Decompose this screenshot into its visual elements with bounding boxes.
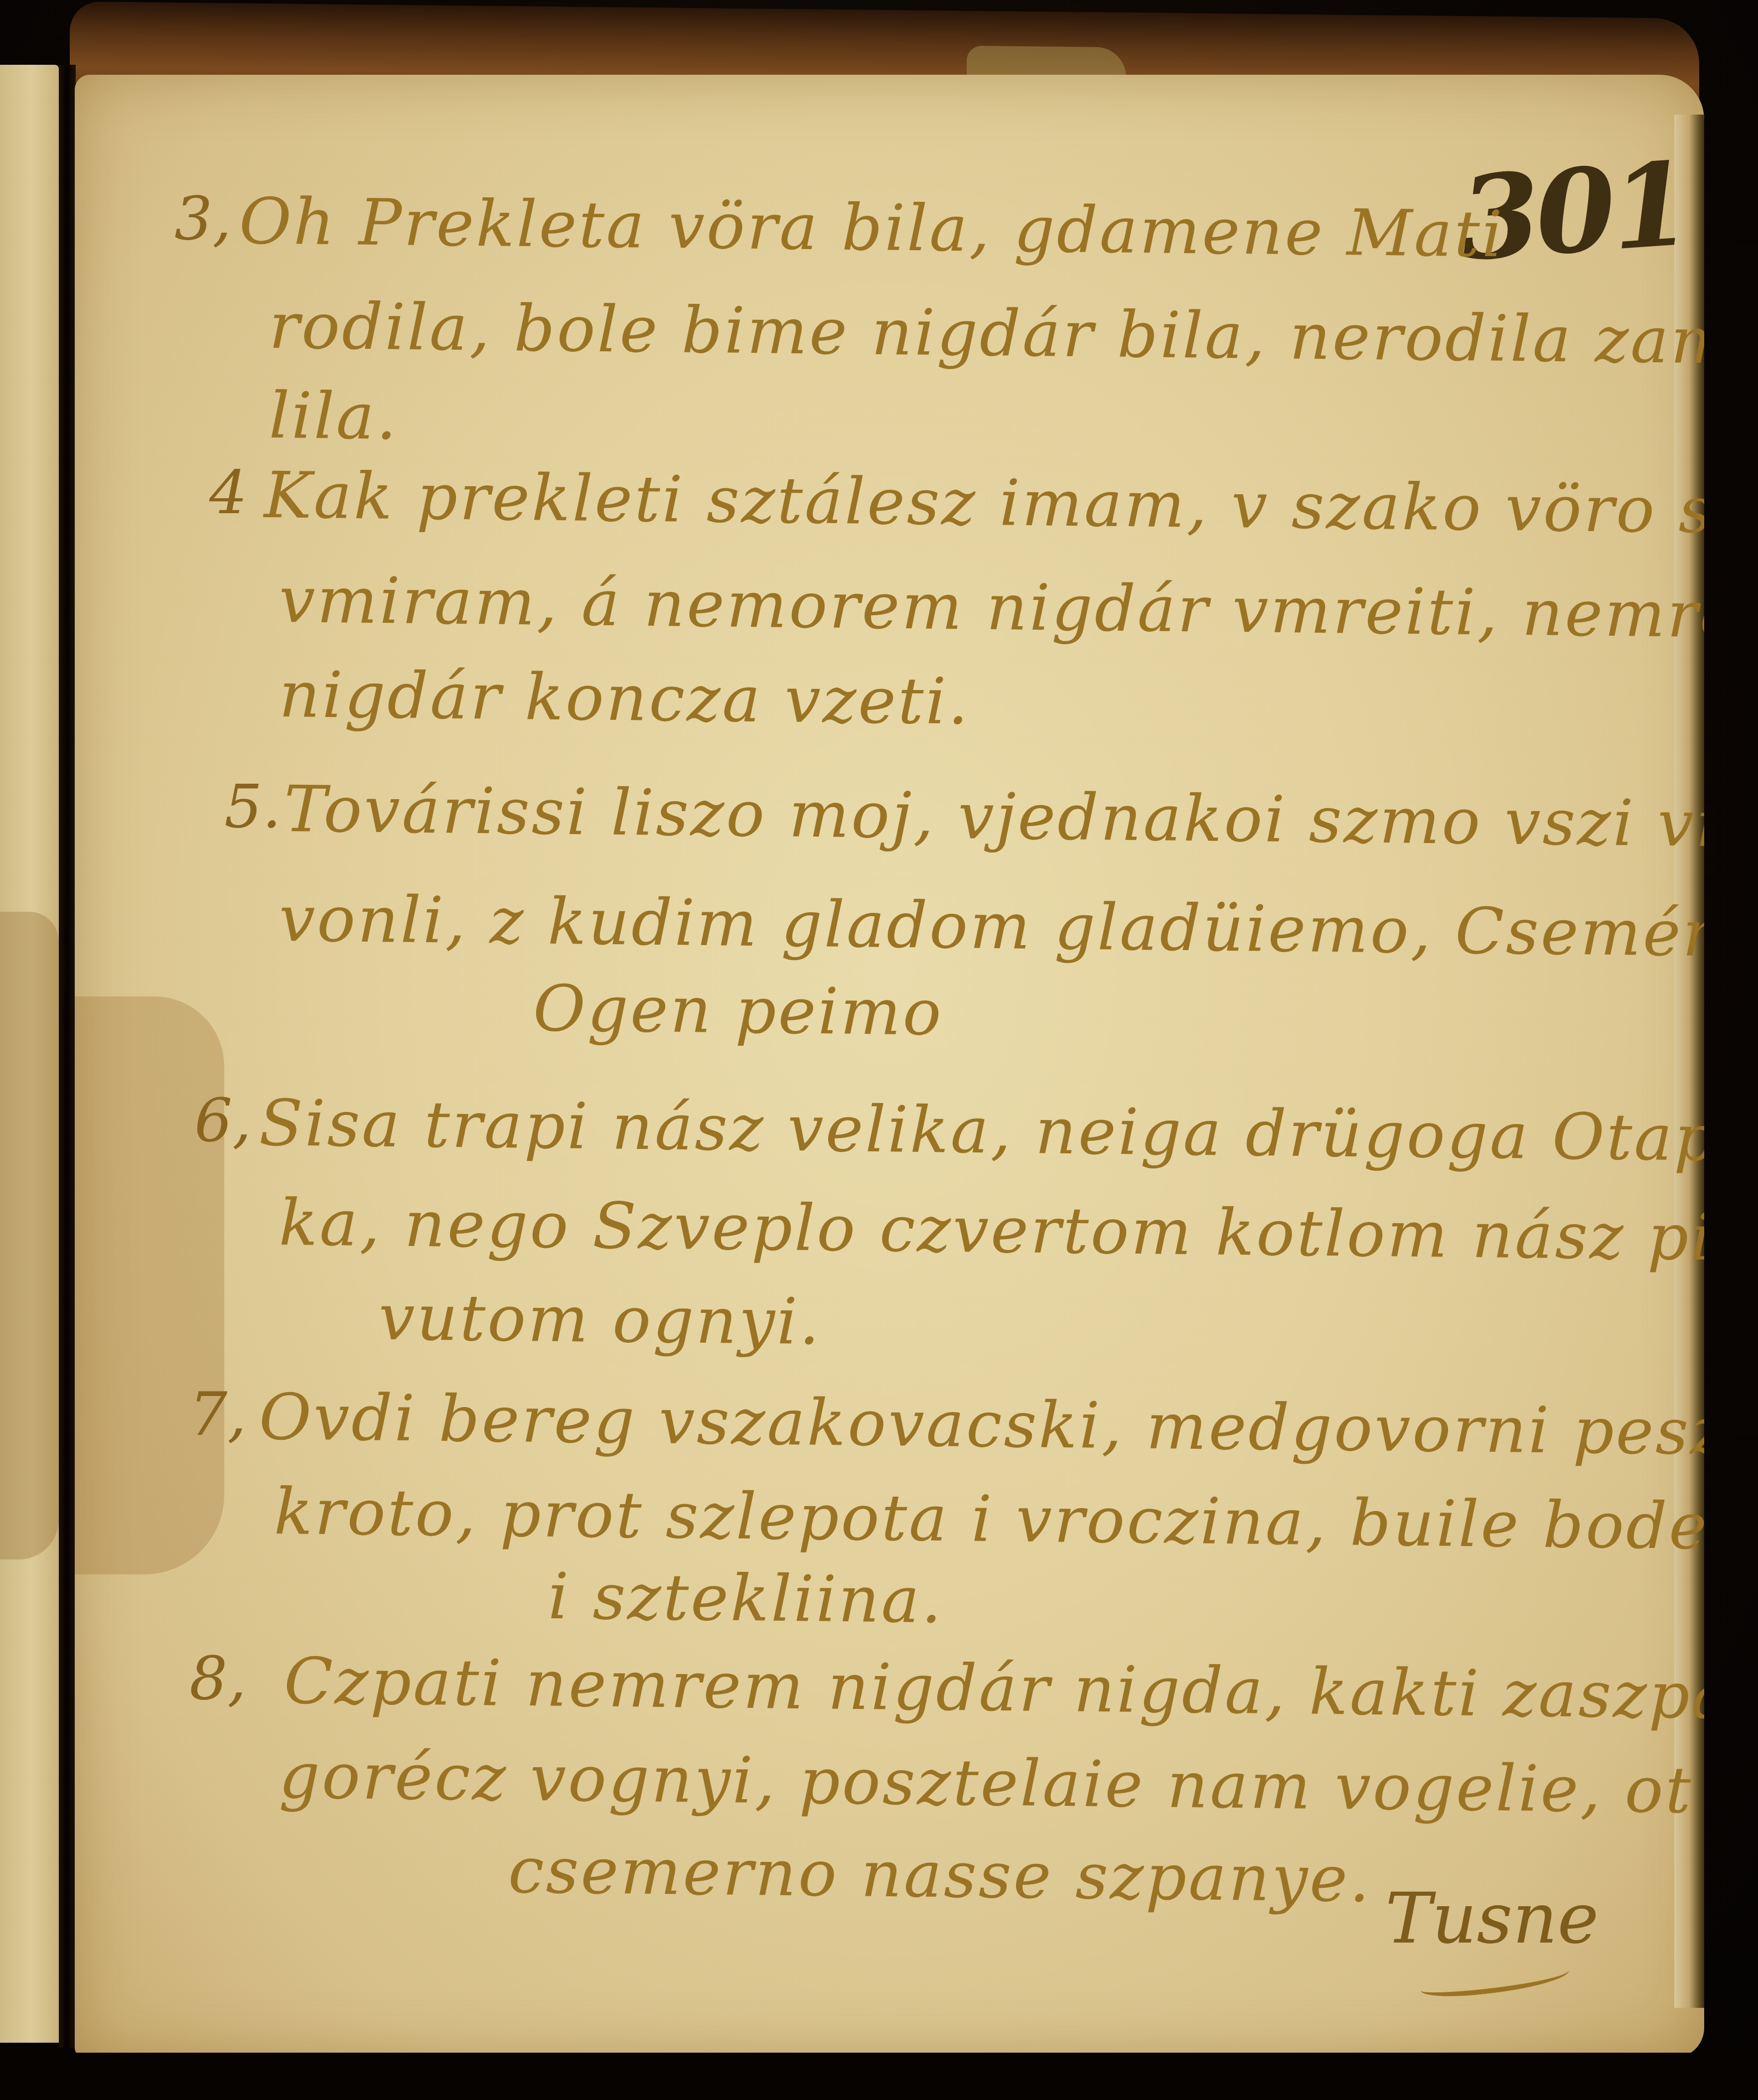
- verse-line: ka, nego Szveplo czvertom kotlom nász pi…: [279, 1186, 1704, 1275]
- water-stain: [75, 996, 224, 1574]
- water-stain-left: [0, 912, 59, 1559]
- verse-line: lila.: [269, 379, 399, 454]
- verse-number: 7,: [189, 1380, 247, 1449]
- verse-line: nigdár koncza vzeti.: [279, 658, 971, 739]
- verse-number: 6,: [194, 1086, 252, 1155]
- signature-tusne: Tusne: [1385, 1878, 1599, 1960]
- verse-line: vmiram, á nemorem nigdár vmreiti, nemrem: [279, 563, 1704, 653]
- verse-line: kroto, prot szlepota i vroczina, buile b…: [274, 1475, 1704, 1565]
- verse-number: 3,: [174, 184, 232, 254]
- verse-line: gorécz vognyi, posztelaie nam vogelie, o…: [279, 1739, 1693, 1828]
- verse-line: csemerno nasse szpanye.: [508, 1833, 1372, 1917]
- verse-line: Sisa trapi nász velika, neiga drügoga Ot…: [259, 1086, 1704, 1176]
- verse-line: Czpati nemrem nigdár nigda, kakti zaszpá…: [284, 1644, 1704, 1734]
- left-facing-page: [0, 65, 59, 2043]
- verse-line: Ogen peimo: [533, 972, 943, 1050]
- verse-line: Oh Prekleta vöra bila, gdamene Mati: [239, 184, 1504, 272]
- signature-flourish: [1419, 1960, 1571, 2000]
- verse-number: 4: [209, 458, 247, 528]
- verse-line: Ovdi bereg vszakovacski, medgovorni pesz…: [259, 1380, 1704, 1470]
- verse-line: Kak prekleti sztálesz imam, v szako vöro…: [264, 458, 1704, 550]
- verse-line: vutom ognyi.: [378, 1280, 822, 1359]
- manuscript-page: 301 3, Oh Prekleta vöra bila, gdamene Ma…: [75, 75, 1704, 2058]
- verse-line: i sztekliina.: [548, 1559, 944, 1638]
- verse-number: 8,: [189, 1644, 247, 1713]
- book-gutter: [59, 65, 76, 2048]
- bottom-shadow: [0, 2053, 1758, 2100]
- verse-line: Továrissi liszo moj, vjednakoi szmo vszi…: [284, 772, 1704, 862]
- verse-line: vonli, z kudim gladom gladüiemo, Csemér …: [279, 882, 1704, 974]
- verse-number: 5.: [224, 772, 282, 841]
- verse-line: rodila, bole bime nigdár bila, nerodila …: [269, 289, 1704, 380]
